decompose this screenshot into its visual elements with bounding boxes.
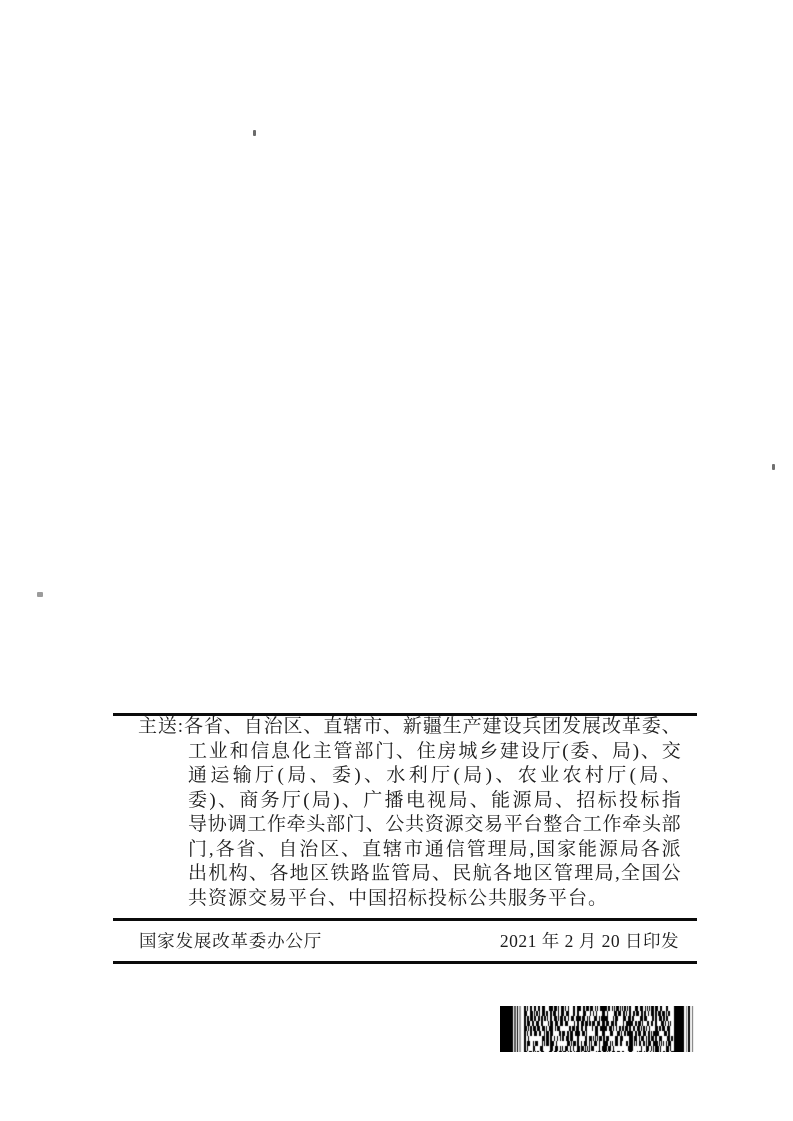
recipients-label: 主送: — [138, 716, 183, 737]
print-footer: 国家发展改革委办公厅 2021 年 2 月 20 日印发 — [139, 920, 679, 960]
recipient-line: 委)、商务厅(局)、广播电视局、能源局、招标投标指 — [138, 789, 681, 814]
document-page: 主送:各省、自治区、直辖市、新疆生产建设兵团发展改革委、 工业和信息化主管部门、… — [0, 0, 793, 1121]
recipient-line-text: 各省、自治区、直辖市、新疆生产建设兵团发展改革委、 — [183, 716, 681, 737]
recipient-line: 门,各省、自治区、直辖市通信管理局,国家能源局各派 — [138, 838, 681, 863]
recipient-line: 工业和信息化主管部门、住房城乡建设厅(委、局)、交 — [138, 740, 681, 765]
recipient-line: 导协调工作牵头部门、公共资源交易平台整合工作牵头部 — [138, 813, 681, 838]
recipient-line: 共资源交易平台、中国招标投标公共服务平台。 — [138, 887, 681, 912]
issuer-name: 国家发展改革委办公厅 — [139, 928, 322, 953]
recipient-line: 出机构、各地区铁路监管局、民航各地区管理局,全国公 — [138, 862, 681, 887]
pdf417-barcode-icon — [500, 1006, 694, 1052]
recipients-block: 主送:各省、自治区、直辖市、新疆生产建设兵团发展改革委、 工业和信息化主管部门、… — [138, 715, 681, 911]
print-date: 2021 年 2 月 20 日印发 — [500, 928, 679, 953]
scan-speck — [772, 464, 775, 470]
recipient-line: 通运输厅(局、委)、水利厅(局)、农业农村厅(局、 — [138, 764, 681, 789]
recipient-line: 主送:各省、自治区、直辖市、新疆生产建设兵团发展改革委、 — [138, 715, 681, 740]
footer-rule-bottom — [113, 961, 697, 964]
scan-speck — [37, 592, 43, 597]
scan-speck — [253, 130, 256, 136]
